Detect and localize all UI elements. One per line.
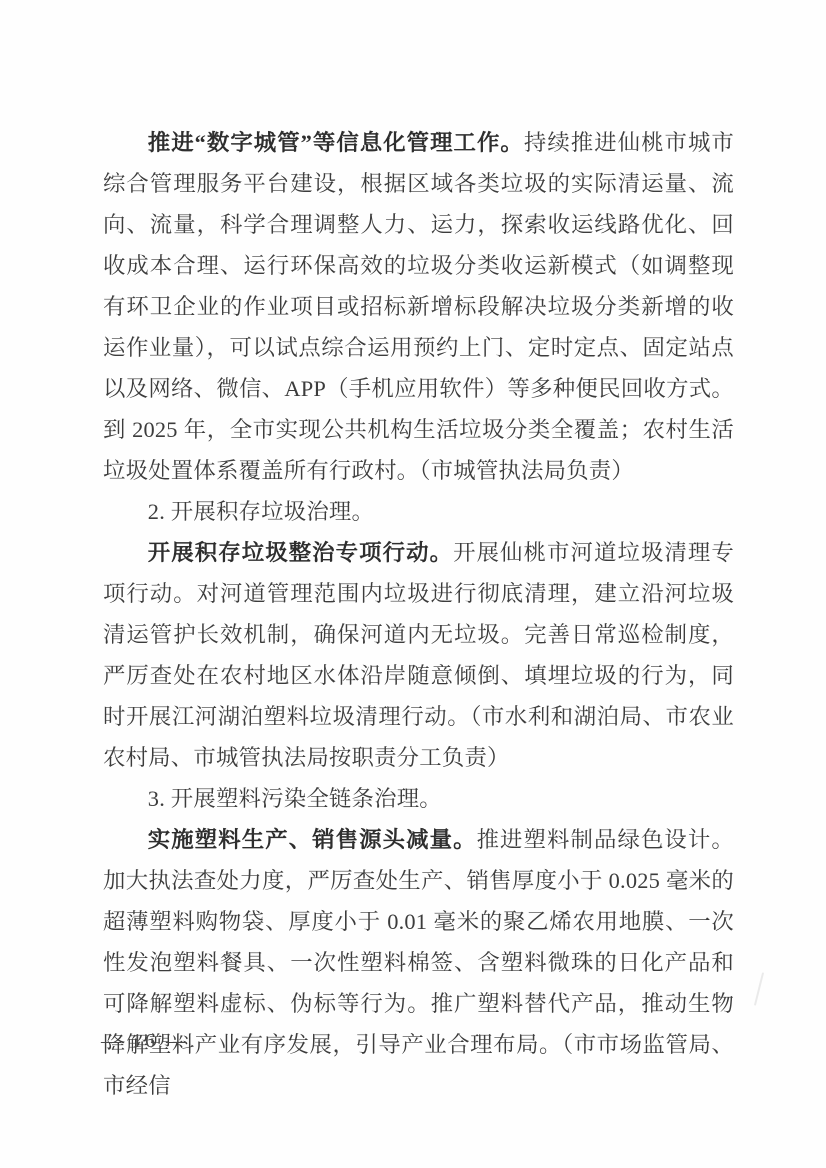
paragraph-lead: 实施塑料生产、销售源头减量。 [148, 827, 477, 852]
paragraph-text: 推进塑料制品绿色设计。加大执法查处力度，严厉查处生产、销售厚度小于 0.025 … [103, 827, 734, 1098]
page-number: — 16 — [101, 1030, 189, 1053]
paragraph: 推进“数字城管”等信息化管理工作。持续推进仙桃市城市综合管理服务平台建设，根据区… [103, 122, 734, 491]
paragraph: 3. 开展塑料污染全链条治理。 [103, 778, 734, 819]
scan-artifact [754, 972, 764, 1005]
paragraph-lead: 推进“数字城管”等信息化管理工作。 [148, 130, 524, 155]
paragraph: 开展积存垃圾整治专项行动。开展仙桃市河道垃圾清理专项行动。对河道管理范围内垃圾进… [103, 532, 734, 778]
paragraph-lead: 开展积存垃圾整治专项行动。 [148, 540, 453, 565]
paragraph: 2. 开展积存垃圾治理。 [103, 491, 734, 532]
paragraph-text: 持续推进仙桃市城市综合管理服务平台建设，根据区域各类垃圾的实际清运量、流向、流量… [103, 130, 734, 483]
paragraph-text: 开展仙桃市河道垃圾清理专项行动。对河道管理范围内垃圾进行彻底清理，建立沿河垃圾清… [103, 540, 734, 770]
paragraph-text: 3. 开展塑料污染全链条治理。 [148, 786, 442, 811]
document-body: 推进“数字城管”等信息化管理工作。持续推进仙桃市城市综合管理服务平台建设，根据区… [103, 122, 734, 1106]
document-page: 推进“数字城管”等信息化管理工作。持续推进仙桃市城市综合管理服务平台建设，根据区… [0, 0, 826, 1168]
paragraph-text: 2. 开展积存垃圾治理。 [148, 499, 374, 524]
paragraph: 实施塑料生产、销售源头减量。推进塑料制品绿色设计。加大执法查处力度，严厉查处生产… [103, 819, 734, 1106]
